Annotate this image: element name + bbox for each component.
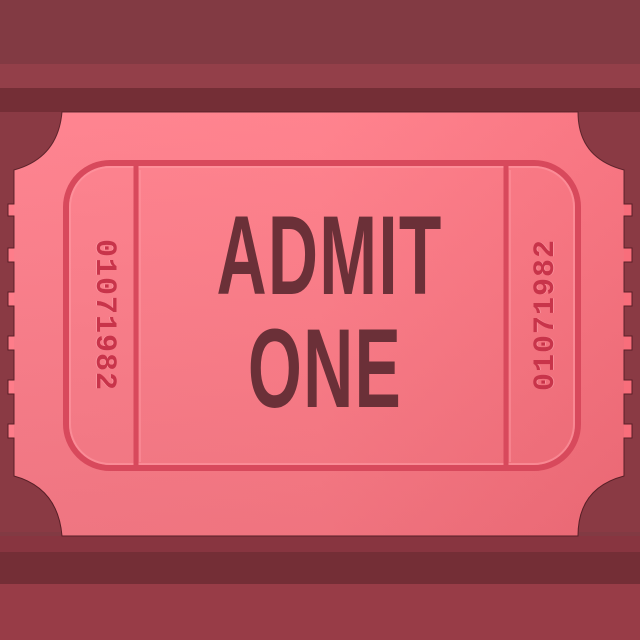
headline-one: ONE — [217, 313, 434, 425]
serial-number-left: 01071982 — [87, 239, 121, 391]
serial-number-right: 01071982 — [529, 239, 563, 391]
headline-admit: ADMIT — [217, 200, 434, 312]
